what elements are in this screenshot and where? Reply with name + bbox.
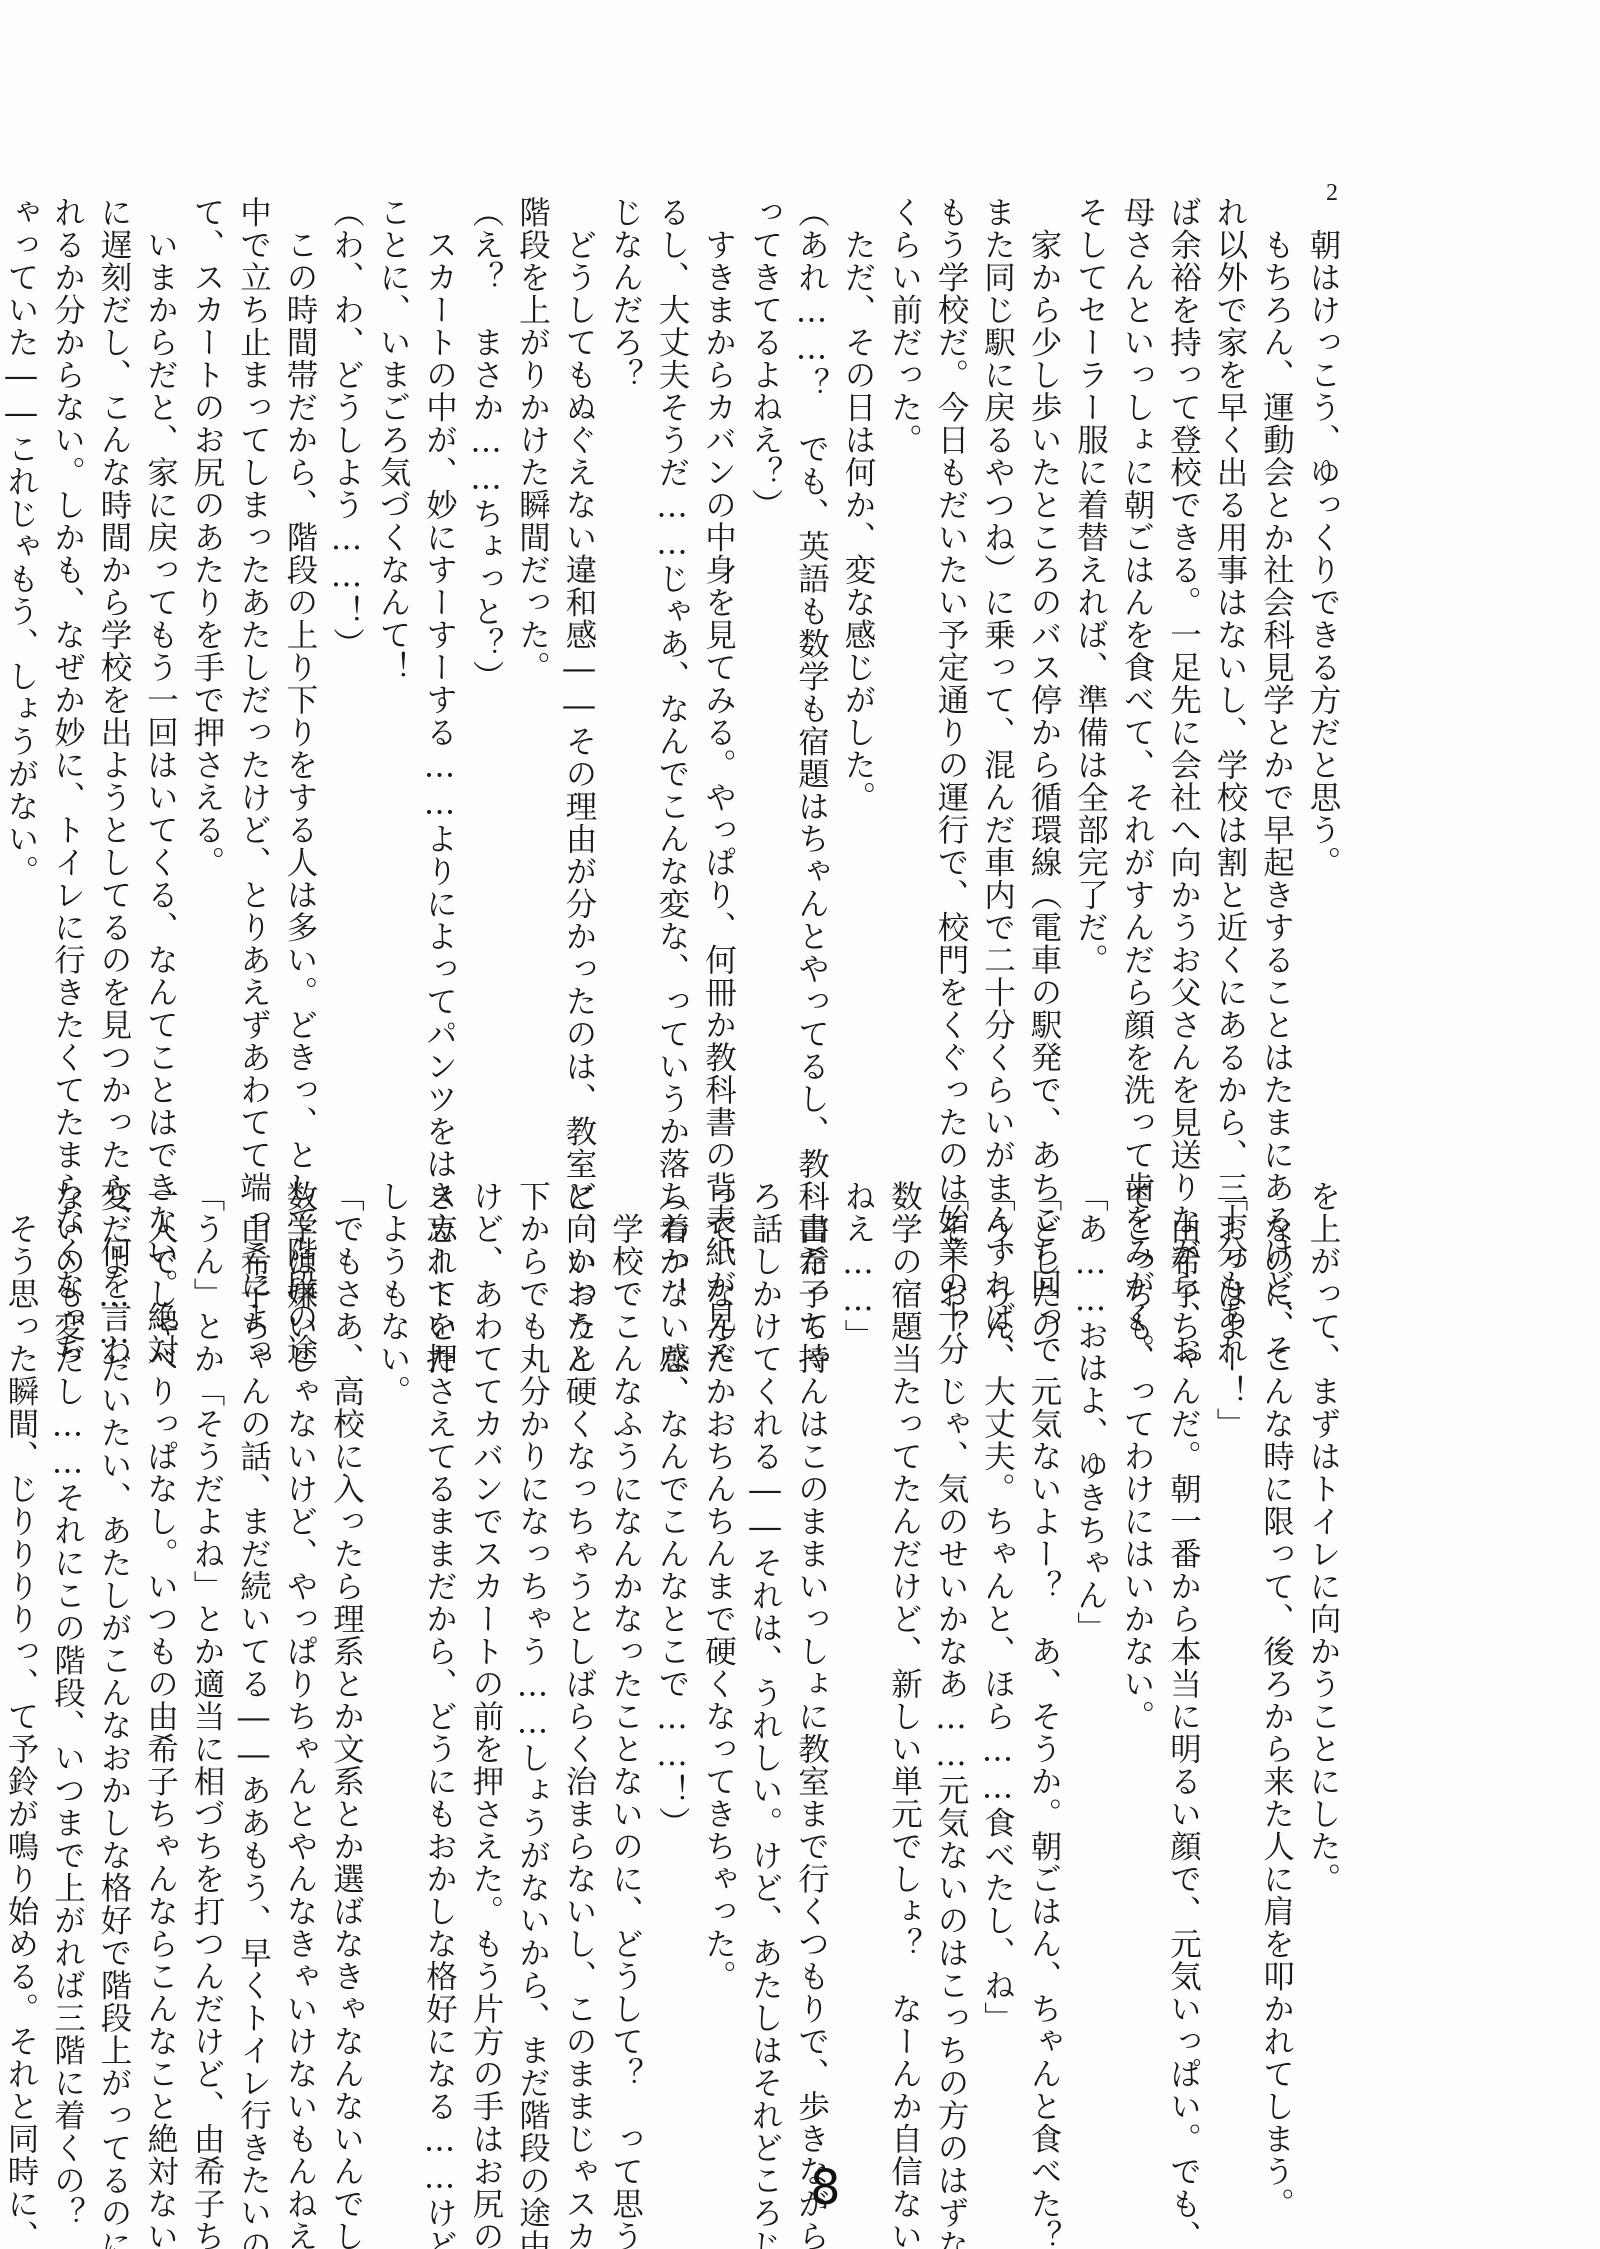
- text-column: 朝はけっこう、ゆっくりできる方だと思う。: [1300, 196, 1347, 1046]
- text-column: れ以外で家を早く出る用事はないし、学校は割と近くにあるから、三十分もあれ: [1207, 196, 1254, 1046]
- text-column: けど、あわててカバンでスカートの前を押さえた。もう片方の手はお尻の方から: [463, 1180, 510, 2030]
- text-block-top: 朝はけっこう、ゆっくりできる方だと思う。 もちろん、運動会とか社会科見学とかで早…: [226, 196, 1346, 1046]
- text-column: 数学の宿題当たってたんだけど、新しい単元でしょ？ なーんか自信ないんだよ: [881, 1180, 928, 2030]
- text-column: 中で立ち止まってしまったあたしだったけど、とりあえずあわてて端っこによっ: [230, 196, 277, 1046]
- text-column: また同じ駅に戻るやつね）に乗って、混んだ車内で二十分くらいがまんすれば、: [974, 196, 1021, 1046]
- text-column: 由希子ちゃんの話、まだ続いてる――ああもう、早くトイレ行きたいのに！: [230, 1180, 277, 2030]
- text-column: スカートを押さえてるままだから、どうにもおかしな格好になる……けど、どう: [416, 1180, 463, 2030]
- text-column: 「そーお？ じゃ、気のせいかなあ……元気ないのはこっちの方のはずなのにね。: [928, 1180, 975, 2030]
- text-column: 階段を上がりかけた瞬間だった。: [509, 196, 556, 1046]
- text-column: じなんだろ？: [602, 196, 649, 1046]
- text-column: そう思った瞬間、じりりりりっ、て予鈴が鳴り始める。それと同時に、じわぁ、: [0, 1180, 44, 2030]
- text-column: ただ、その日は何か、変な感じがした。: [835, 196, 882, 1046]
- text-column: 数学は嫌いじゃないけど、やっぱりちゃんとやんなきゃいけないもんねえ……」: [277, 1180, 324, 2030]
- text-column: 家から少し歩いたところのバス停から循環線（電車の駅発で、あちこち回って: [1021, 196, 1068, 1046]
- text-column: スカートの中が、妙にすーすーする……よりによってパンツをはき忘れていた: [416, 196, 463, 1046]
- text-column: ば余裕を持って登校できる。一足先に会社へ向かうお父さんを見送りながら、お: [1160, 196, 1207, 1046]
- text-column: いまからだと、家に戻ってもう一回はいてくる、なんてことはできない。絶対: [137, 196, 184, 1046]
- text-column: （わっ！ な、なんでこんなとこで……！）: [649, 1180, 696, 2030]
- text-column: この時間帯だから、階段の上り下りをする人は多い。どきっ、として階段の途: [277, 196, 324, 1046]
- text-column: 「でもさあ、高校に入ったら理系とか文系とか選ばなきゃなんないんでしょ？: [323, 1180, 370, 2030]
- text-column: 「うん」とか「そうだよね」とか適当に相づちを打つんだけど、由希子ちゃんは: [184, 1180, 231, 2030]
- text-column: もう学校だ。今日もだいたい予定通りの運行で、校門をくぐったのは始業の十分: [928, 196, 975, 1046]
- text-column: 下からでも丸分かりになっちゃう……しょうがないから、まだ階段の途中だった: [509, 1180, 556, 2030]
- text-column: に遅刻だし、こんな時間から学校を出ようとしてるのを見つかったら、何を言わ: [91, 196, 138, 1046]
- text-column: ことに、いまごろ気づくなんて！: [370, 196, 417, 1046]
- text-column: るし、大丈夫そうだ……じゃあ、なんでこんな変な、っていうか落ち着かない感: [649, 196, 696, 1046]
- text-column: なのに、こんな時に限って、後ろから来た人に肩を叩かれてしまう。: [1253, 1180, 1300, 2030]
- text-column: を上がって、まずはトイレに向かうことにした。: [1300, 1180, 1347, 2030]
- text-column: 母さんといっしょに朝ごはんを食べて、それがすんだら顔を洗って歯をみがく。: [1114, 196, 1161, 1046]
- text-column: もちろん、運動会とか社会科見学とかで早起きすることはたまにあるけど、そ: [1253, 196, 1300, 1046]
- text-column: 「あ……おはよ、ゆきちゃん」: [1067, 1180, 1114, 2030]
- text-column: くらい前だった。: [881, 196, 928, 1046]
- text-column: 「どしたの、元気ないよー？ あ、そうか。朝ごはん、ちゃんと食べた？」: [1021, 1180, 1068, 2030]
- text-column: ないのも変だし……それにこの階段、いつまで上がれば三階に着くの？: [44, 1180, 91, 2030]
- text-column: ってきてるよねえ？）: [742, 196, 789, 1046]
- text-column: ゃっていた――これじゃもう、しょうがない。: [0, 196, 44, 1046]
- text-column: ろ話しかけてくれる――それは、うれしい。けど、あたしはそれどころじゃなく: [742, 1180, 789, 2030]
- text-column: ど、いったん硬くなっちゃうとしばらく治まらないし、このままじゃスカートの: [556, 1180, 603, 2030]
- page-number: 8: [810, 2160, 841, 2216]
- text-column: （え？ まさか……ちょっと？）: [463, 196, 510, 1046]
- text-column: （あれ……？ でも、英語も数学も宿題はちゃんとやってるし、教科書だって持: [788, 196, 835, 1046]
- text-column: どうしてもぬぐえない違和感――その理由が分かったのは、教室に向かおうと: [556, 196, 603, 1046]
- text-block-bottom: を上がって、まずはトイレに向かうことにした。 なのに、こんな時に限って、後ろから…: [226, 1180, 1346, 2030]
- text-column: しようもない。: [370, 1180, 417, 2030]
- text-column: 由希子ちゃんだ。朝一番から本当に明るい顔で、元気いっぱい。でも、つられ: [1160, 1180, 1207, 2030]
- text-column: （わ、わ、どうしよう……！）: [323, 196, 370, 1046]
- text-column: 学校でこんなふうになんかなったことないのに、どうして？ って思うんだけ: [602, 1180, 649, 2030]
- text-column: 「う、うん、大丈夫。ちゃんと、ほら……食べたし、ね」: [974, 1180, 1021, 2030]
- text-column: すきまからカバンの中身を見てみる。やっぱり、何冊か教科書の背表紙が見え: [695, 196, 742, 1046]
- text-column: ねえ……」: [835, 1180, 882, 2030]
- text-column: って、なんだかおちんちんまで硬くなってきちゃった。: [695, 1180, 742, 2030]
- text-column: 変だよ……だいたい、あたしがこんなおかしな格好で階段上がってるのに気づか: [91, 1180, 138, 2030]
- text-column: 由希子ちゃんはこのままいっしょに教室まで行くつもりで、歩きながらいろい: [788, 1180, 835, 2030]
- text-column: て、スカートのお尻のあたりを手で押さえる。: [184, 196, 231, 1046]
- text-column: てこっちも、ってわけにはいかない。: [1114, 1180, 1161, 2030]
- text-column: れるか分からない。しかも、なぜか妙に、トイレに行きたくてたまらなくなっち: [44, 196, 91, 1046]
- text-column: 一人でしゃべりっぱなし。いつもの由希子ちゃんならこんなこと絶対ないのに、: [137, 1180, 184, 2030]
- text-column: 「おっはよー！」: [1207, 1180, 1254, 2030]
- text-column: そしてセーラー服に着替えれば、準備は全部完了だ。: [1067, 196, 1114, 1046]
